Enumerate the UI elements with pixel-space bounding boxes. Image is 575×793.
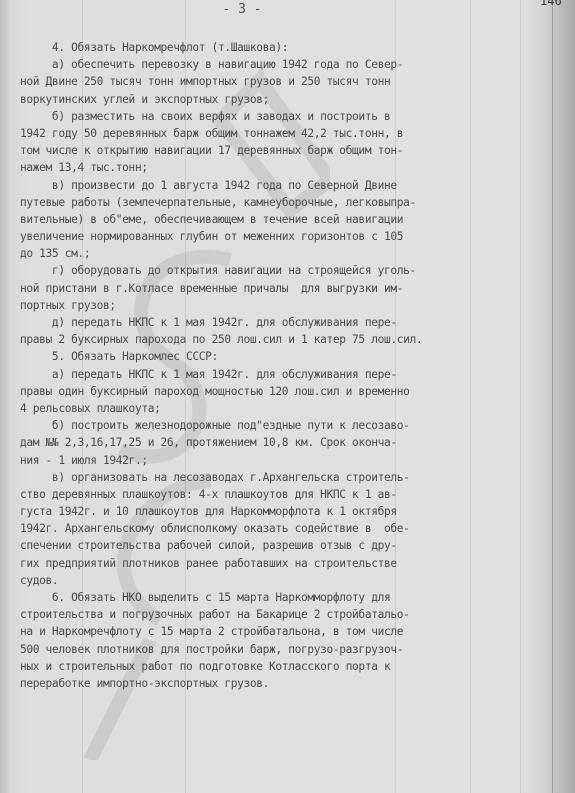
text-line: том числе к открытию навигации 17 деревя…: [20, 142, 540, 159]
text-line: портных грузов;: [20, 297, 540, 314]
text-line: д) передать НКПС к 1 мая 1942г. для обсл…: [20, 314, 540, 331]
text-line: в) произвести до 1 августа 1942 года по …: [20, 177, 540, 194]
document-page: 146 - 3 - 4. Обязать Наркомречфлот (т.Ша…: [0, 0, 575, 793]
text-line: ния - 1 июля 1942г.;: [20, 452, 540, 469]
text-line: б) построить железнодорожные под"ездные …: [20, 417, 540, 434]
archive-sheet-number: 146: [540, 0, 562, 8]
text-line: ной Двине 250 тысяч тонн импортных грузо…: [20, 73, 540, 90]
text-line: дам №№ 2,3,16,17,25 и 26, протяжением 10…: [20, 434, 540, 451]
text-line: а) обеспечить перевозку в навигацию 1942…: [20, 56, 540, 73]
text-line: строительства и погрузочных работ на Бак…: [20, 606, 540, 623]
text-line: вительные) в об"еме, обеспечивающем в те…: [20, 211, 540, 228]
text-line: 5. Обязать Наркомлес СССР:: [20, 348, 540, 365]
text-line: густа 1942г. и 10 плашкоутов для Наркомм…: [20, 503, 540, 520]
text-line: в) организовать на лесозаводах г.Арханге…: [20, 469, 540, 486]
text-line: 500 человек плотников для постройки барж…: [20, 641, 540, 658]
text-line: 4 рельсовых плашкоута;: [20, 400, 540, 417]
text-line: ных и строительных работ по подготовке К…: [20, 658, 540, 675]
scan-line: [552, 0, 553, 793]
text-line: г) оборудовать до открытия навигации на …: [20, 262, 540, 279]
text-line: спечении строительства рабочей силой, ра…: [20, 537, 540, 554]
text-line: путевые работы (землечерпательные, камне…: [20, 194, 540, 211]
text-line: б) разместить на своих верфях и заводах …: [20, 108, 540, 125]
text-line: 4. Обязать Наркомречфлот (т.Шашкова):: [20, 39, 540, 56]
text-line: воркутинских углей и экспортных грузов;: [20, 91, 540, 108]
document-body: 4. Обязать Наркомречфлот (т.Шашкова): а)…: [20, 39, 540, 692]
text-line: 1942г. Архангельскому облисполкому оказа…: [20, 520, 540, 537]
page-number: - 3 -: [222, 2, 262, 17]
text-line: правы один буксирный пароход мощностью 1…: [20, 383, 540, 400]
text-line: правы 2 буксирных парохода по 250 лош.си…: [20, 331, 540, 348]
text-line: гих предприятий плотников ранее работавш…: [20, 555, 540, 572]
text-line: нажем 13,4 тыс.тонн;: [20, 159, 540, 176]
text-line: на и Наркомречфлоту с 15 марта 2 стройба…: [20, 623, 540, 640]
text-line: переработке импортно-экспортных грузов.: [20, 675, 540, 692]
text-line: 6. Обязать НКО выделить с 15 марта Нарко…: [20, 589, 540, 606]
text-line: увеличение нормированных глубин от межен…: [20, 228, 540, 245]
text-line: ной пристани в г.Котласе временные прича…: [20, 280, 540, 297]
text-line: ство деревянных плашкоутов: 4-х плашкоут…: [20, 486, 540, 503]
text-line: до 135 см.;: [20, 245, 540, 262]
text-line: 1942 году 50 деревянных барж общим тонна…: [20, 125, 540, 142]
text-line: судов.: [20, 572, 540, 589]
text-line: а) передать НКПС к 1 мая 1942г. для обсл…: [20, 366, 540, 383]
